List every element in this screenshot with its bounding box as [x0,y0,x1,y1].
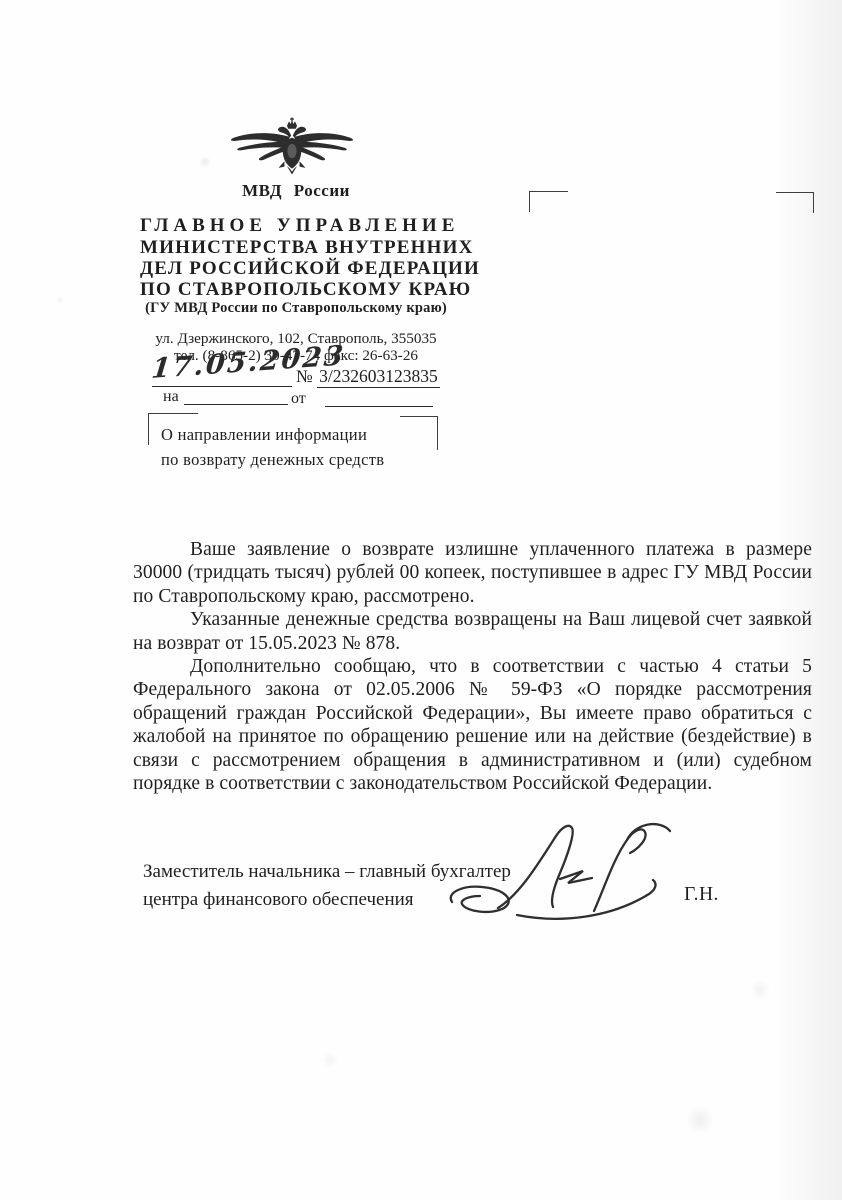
reference-blank-line-2 [325,406,433,407]
document-number-group: № 3/232603123835 [296,366,440,387]
recipient-corner-bracket-right [776,192,814,213]
reference-label-ot: от [291,390,306,408]
emblem-caption: МВД России [140,181,452,201]
subject-block: О направлении информации по возврату ден… [161,422,384,472]
reference-label-na: на [163,388,179,406]
date-underline [152,386,292,387]
mvd-double-headed-eagle-emblem-icon [229,112,355,180]
subject-corner-bracket-right [400,416,438,450]
org-name-line-3: ДЕЛ РОССИЙСКОЙ ФЕДЕРАЦИИ [140,258,452,279]
org-name-line-4: ПО СТАВРОПОЛЬСКОМУ КРАЮ [140,279,452,300]
letter-body: Ваше заявление о возврате излишне уплаче… [133,538,812,795]
org-name-line-1: ГЛАВНОЕ УПРАВЛЕНИЕ [140,215,452,236]
org-name-abbreviation: (ГУ МВД России по Ставропольскому краю) [140,300,452,317]
reference-blank-line-1 [184,404,288,405]
recipient-corner-bracket-left [529,191,568,212]
subject-line-1: О направлении информации [161,422,384,447]
signer-initials: Г.Н. [684,884,719,906]
body-paragraph-3: Дополнительно сообщаю, что в соответстви… [133,655,812,795]
body-paragraph-1: Ваше заявление о возврате излишне уплаче… [133,538,812,608]
handwritten-signature-icon [442,816,680,924]
scanned-letter-page: МВД России ГЛАВНОЕ УПРАВЛЕНИЕ МИНИСТЕРСТ… [0,0,842,1200]
document-number: 3/232603123835 [317,366,440,388]
number-sign: № [296,366,313,386]
org-name-line-2: МИНИСТЕРСТВА ВНУТРЕННИХ [140,237,452,258]
subject-line-2: по возврату денежных средств [161,447,384,472]
body-paragraph-2: Указанные денежные средства возвращены н… [133,608,812,655]
